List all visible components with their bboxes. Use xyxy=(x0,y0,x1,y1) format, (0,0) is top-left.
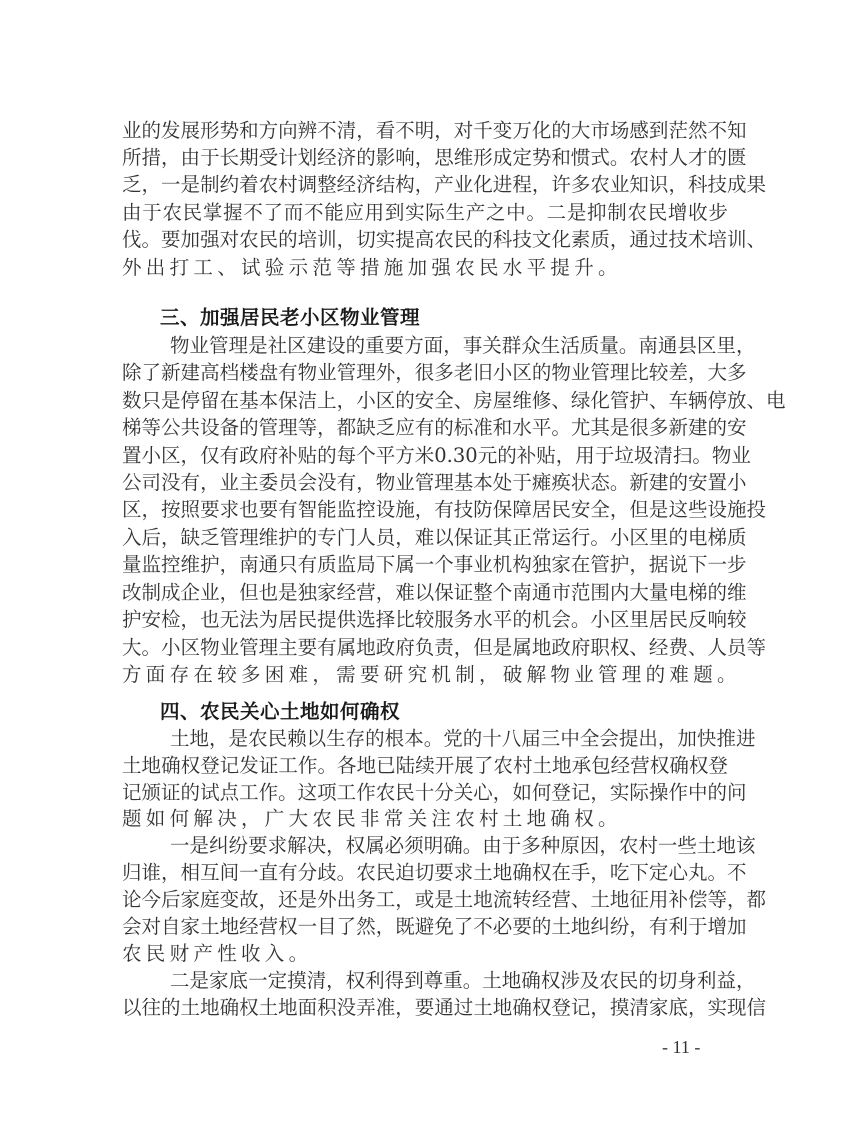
paragraph-line: 以往的土地确权土地面积没弄准，要通过土地确权登记，摸清家底，实现信 xyxy=(122,994,728,1021)
paragraph-line: 题如何解决，广大农民非常关注农村土地确权。 xyxy=(122,805,728,832)
paragraph-line: 置小区，仅有政府补贴的每个平方米0.30元的补贴，用于垃圾清扫。物业 xyxy=(122,442,728,469)
paragraph-line: 由于农民掌握不了而不能应用到实际生产之中。二是抑制农民增收步 xyxy=(122,199,728,226)
paragraph-line: 业的发展形势和方向辨不清，看不明，对千变万化的大市场感到茫然不知 xyxy=(122,117,728,144)
paragraph-line: 区，按照要求也要有智能监控设施，有技防保障居民安全，但是这些设施投 xyxy=(122,496,728,523)
paragraph-line: 物业管理是社区建设的重要方面，事关群众生活质量。南通县区里， xyxy=(170,332,728,359)
paragraph-line: 除了新建高档楼盘有物业管理外，很多老旧小区的物业管理比较差，大多 xyxy=(122,359,728,386)
paragraph-line: 会对自家土地经营权一目了然，既避免了不必要的土地纠纷，有利于增加 xyxy=(122,913,728,940)
page-number: - 11 - xyxy=(662,1034,700,1060)
paragraph-line: 归谁，相互间一直有分歧。农民迫切要求土地确权在手，吃下定心丸。不 xyxy=(122,859,728,886)
document-page: 业的发展形势和方向辨不清，看不明，对千变万化的大市场感到茫然不知 所措，由于长期… xyxy=(0,0,850,1146)
paragraph-line: 护安检，也无法为居民提供选择比较服务水平的机会。小区里居民反响较 xyxy=(122,606,728,633)
section-heading-3: 三、加强居民老小区物业管理 xyxy=(160,304,420,332)
paragraph-line: 土地确权登记发证工作。各地已陆续开展了农村土地承包经营权确权登 xyxy=(122,752,728,779)
section-heading-4: 四、农民关心土地如何确权 xyxy=(160,698,400,726)
paragraph-line: 二是家底一定摸清，权利得到尊重。土地确权涉及农民的切身利益， xyxy=(170,967,728,994)
paragraph-line: 土地，是农民赖以生存的根本。党的十八届三中全会提出，加快推进 xyxy=(170,725,728,752)
paragraph-line: 入后，缺乏管理维护的专门人员，难以保证其正常运行。小区里的电梯质 xyxy=(122,524,728,551)
paragraph-line: 伐。要加强对农民的培训，切实提高农民的科技文化素质，通过技术培训、 xyxy=(122,226,728,253)
paragraph-line: 一是纠纷要求解决，权属必须明确。由于多种原因，农村一些土地该 xyxy=(170,832,728,859)
paragraph-line: 记颁证的试点工作。这项工作农民十分关心，如何登记，实际操作中的问 xyxy=(122,779,728,806)
paragraph-line: 大。小区物业管理主要有属地政府负责，但是属地政府职权、经费、人员等 xyxy=(122,634,728,661)
paragraph-line: 所措，由于长期受计划经济的影响，思维形成定势和惯式。农村人才的匮 xyxy=(122,144,728,171)
paragraph-line: 梯等公共设备的管理等，都缺乏应有的标准和水平。尤其是很多新建的安 xyxy=(122,414,728,441)
paragraph-line: 农民财产性收入。 xyxy=(122,940,728,967)
paragraph-line: 公司没有，业主委员会没有，物业管理基本处于瘫痪状态。新建的安置小 xyxy=(122,469,728,496)
paragraph-line: 论今后家庭变故，还是外出务工，或是土地流转经营、土地征用补偿等，都 xyxy=(122,886,728,913)
paragraph-line: 方面存在较多困难，需要研究机制，破解物业管理的难题。 xyxy=(122,661,728,688)
paragraph-line: 数只是停留在基本保洁上，小区的安全、房屋维修、绿化管护、车辆停放、电 xyxy=(122,387,728,414)
paragraph-line: 外出打工、试验示范等措施加强农民水平提升。 xyxy=(122,254,728,281)
paragraph-line: 乏，一是制约着农村调整经济结构，产业化进程，许多农业知识，科技成果 xyxy=(122,171,728,198)
paragraph-line: 量监控维护，南通只有质监局下属一个事业机构独家在管护，据说下一步 xyxy=(122,551,728,578)
paragraph-line: 改制成企业，但也是独家经营，难以保证整个南通市范围内大量电梯的维 xyxy=(122,579,728,606)
